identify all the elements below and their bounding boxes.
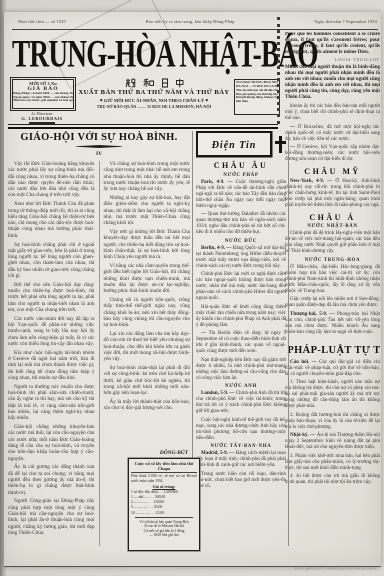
news-paragraph: Nạn thất-nghiệp bên Đức nay đã giảm bớt … <box>196 358 286 382</box>
article-paragraph: Chúng tôi là người bổn-quốc, trông thấy … <box>104 297 191 328</box>
article-paragraph: Vả chăng sự hoà-bình trong một nước cũng… <box>104 161 191 192</box>
subsection-header: NƯỚC TÂY-BAN-NHA <box>196 444 286 449</box>
dien-tin-title: Điện Tin <box>212 140 257 151</box>
article-paragraph: Ấy là mấy lời thành-thật của bổn-báo, xi… <box>104 399 191 412</box>
section-header: CHÂU ÂU <box>196 161 286 170</box>
masthead-subhead: MỖI SỐ 3 Xu GIÁ BÁO Đông-Pháp: cả năm 3$… <box>10 78 278 124</box>
article-paragraph: Ấy là cái gương các đấng thánh xưa đã để… <box>8 464 95 495</box>
news-paragraph: Câu hỏi. — Các quí độc-giả có điều chi t… <box>285 360 380 378</box>
article-paragraph: Vậy ước gì những lời Đức Thánh Cha khuyê… <box>104 229 191 260</box>
news-paragraph: Paris, 4-9. — Cuộc thương-nghị giữa Pháp… <box>196 180 286 210</box>
news-paragraph: khoản ấy thì các báo đều bàn-tán mỗi ngư… <box>285 104 380 122</box>
ornamental-border <box>277 17 280 124</box>
news-paragraph: Trong nước hiện còn rối loạn, dân-tình n… <box>196 472 286 490</box>
lottery-title: Cuộc xổ số lấy tiền làm nhà thờ Chapa <box>131 461 197 473</box>
article-signature: ĐỒNG-BÚT <box>100 449 190 457</box>
director-name: G. LEBOURDAIS <box>12 116 72 121</box>
french-quote: Pour que les hommes consentent à se croi… <box>285 32 380 56</box>
lottery-divider <box>135 517 193 518</box>
subsection-header: NƯỚC TRUNG-HOA <box>285 258 380 263</box>
article-paragraph: Lại xin các đấng làm cha mẹ hãy dạy-dỗ c… <box>104 331 191 362</box>
motto-line: ◆ GIỮ MỐI ĐỨC ÁI-NHÂN, NOI THEO CHÂN-LÝ … <box>78 98 230 103</box>
news-paragraph: New-York, 4-9. — Ở Hoa-kỳ, tình-hình chí… <box>285 179 380 209</box>
dien-tin-header-row: Điện Tin <box>196 131 286 157</box>
subsection-header: NƯỚC ANH <box>196 384 286 389</box>
article-paragraph: Ví bằng các nhà cầm-quyền trong thế-giới… <box>104 263 191 294</box>
article-paragraph: Người ta thường nói: muốn cho được hoà-b… <box>8 384 95 422</box>
lottery-note: — 0đ10 tiền gửi thơ <box>131 533 197 537</box>
article-paragraph: Bởi thế cho nên Giáo-hội dạy rằng: muốn … <box>8 282 95 313</box>
prize-row: 10 — — — . . . 25,00 <box>131 511 197 516</box>
subsection-header: NƯỚC NHẬT-BẢN <box>285 224 380 229</box>
chinese-characters-icon <box>124 78 184 88</box>
news-paragraph: 3. Phàm việc khế-ước mua bán, hai bên ph… <box>285 454 380 472</box>
lottery-prize-table: 1 số độc-đắc được . . 1.000$001 — nhì — … <box>131 490 197 516</box>
article-paragraph: Giáo-hội chẳng những khuyên-bảo các nước… <box>8 424 95 462</box>
article-paragraph: Người Công-giáo tại Đông-Pháp nầy cũng p… <box>8 498 95 536</box>
price-lines: Đông-Pháp: cả năm 3$00 — sáu tháng 1$60N… <box>13 92 73 103</box>
news-paragraph: Nhật-ký. — Án-lệ toà Thượng-thẩm Hà-nội … <box>285 433 380 451</box>
news-paragraph: Chính-phủ đã đệ trình Hạ-nghị-viện một b… <box>285 231 380 255</box>
article-paragraph: Sự hoà-bình chân-thật lại phải đi đôi vớ… <box>104 365 191 396</box>
article-paragraph: Các nước văn-minh đời nay đã lập ra hội … <box>8 316 95 347</box>
subsection-header: NƯỚC ĐỨC <box>196 239 286 244</box>
dateline-date: Ngày thứ năm 7 Septembre 1933 <box>314 19 377 24</box>
masthead-center: XUẤT BẢN THỨ BA THỨ NĂM VÀ THỨ BẢY ◆ GIỮ… <box>78 78 230 109</box>
news-paragraph: Giặc cướp lại nổi lên nhiều nơi ở Sơn-đô… <box>285 297 380 309</box>
price-line: Tiền báo trả trước, gửi mandat về báo qu… <box>13 99 73 103</box>
article-paragraph: Kìa như cuộc hội-nghị tài-binh nhóm ở Ge… <box>8 350 95 381</box>
news-paragraph: Madrid, 5-9. — Đảng cách-mệnh lại toan d… <box>196 451 286 469</box>
right-column-news: khoản ấy thì các báo đều bàn-tán mỗi ngư… <box>285 104 380 486</box>
article-paragraph: Xem như lời Đức Thánh Cha đã phán trong … <box>8 201 95 239</box>
diamond-icon: ◆ <box>100 98 103 102</box>
news-paragraph: — Ở Bruxelles, đã mở một hội-nghị tài-ch… <box>285 125 380 143</box>
news-paragraph: 1. Theo luật hiện-hành, người nào mắc nợ… <box>285 380 380 410</box>
masthead-rule <box>8 124 278 129</box>
section-header: CHÂU MỸ <box>285 167 380 176</box>
cross-icon <box>275 136 286 153</box>
headline-divider <box>76 145 122 148</box>
motto-text: GIỮ MỐI ĐỨC ÁI-NHÂN, NOI THEO CHÂN-LÝ <box>104 98 205 103</box>
lottery-prices-label: Giá số trúng: <box>131 484 197 489</box>
right-column: Pour que les hommes consentent à se croi… <box>285 32 380 546</box>
article-header: PHÁP-LUẬT TỰ TRỊ <box>287 344 377 356</box>
news-paragraph: — Ở Genève, hội Vạn-quốc sắp nhóm đại-hộ… <box>285 145 380 163</box>
news-paragraph: — Tin Berlin điện về rằng: từ ngày 5 Sep… <box>196 331 286 355</box>
dateline-center: Báo mỗi kỳ ra tám trang, bán khắp Đông-P… <box>146 19 235 24</box>
article-headline: GIÁO-HỘI VỚI SỰ HOÀ BÌNH. <box>8 132 190 143</box>
article-part-number: IV <box>8 151 190 157</box>
news-paragraph: 4. Ai bắt được của rơi mà giấu đi không … <box>285 474 380 486</box>
news-paragraph: Chính-phủ Đức lại mới ra nghị-định cấm c… <box>196 272 286 302</box>
quote-attribution: LOUIS VEUILLOT <box>285 58 380 62</box>
publication-schedule: XUẤT BẢN THỨ BA THỨ NĂM VÀ THỨ BẢY <box>78 89 230 96</box>
dateline: Năm thứ chín — số 1529 Báo mỗi kỳ ra tám… <box>18 19 377 24</box>
diamond-icon: ◆ <box>205 98 208 102</box>
lottery-ad: Cuộc xổ số lấy tiền làm nhà thờ Chapa Ph… <box>128 458 200 551</box>
news-paragraph: — Quan thủ-tướng Daladier đã nhóm các qu… <box>196 212 286 236</box>
dateline-issue: Năm thứ chín — số 1529 <box>18 19 66 24</box>
news-paragraph: Ở Mãn-châu, đại-biểu Hắc-long-giang đã n… <box>285 265 380 295</box>
news-paragraph: 2. Ruộng đất hương-hoả thì chẳng ai được… <box>285 413 380 431</box>
article-paragraph: Sự hoà-bình chẳng phải chỉ ở ngoài mặt g… <box>8 242 95 280</box>
dien-tin-header-box: Điện Tin <box>196 131 272 157</box>
news-paragraph: Berlin, 4-9. — Đảng Quốc-xã mở đại-hội t… <box>196 246 286 270</box>
newspaper-page: Năm thứ chín — số 1529 Báo mỗi kỳ ra tám… <box>0 0 384 576</box>
column-rule <box>288 131 289 546</box>
vietnamese-quote: Muốn cho mọi người thuận tin là bình-đẳn… <box>285 65 380 101</box>
gallica-watermark: Source gallica.bnf.fr / Bibliothèque nat… <box>293 567 376 571</box>
top-rule <box>12 29 378 30</box>
subsection-header: NƯỚC PHÁP <box>196 173 286 178</box>
dien-tin-column: Điện Tin CHÂU ÂUNƯỚC PHÁPParis, 4-9. — C… <box>196 131 286 546</box>
news-paragraph: Cuộc hội-nghị kinh-tế thế-giới tuy đã bế… <box>196 418 286 442</box>
office-address: TRỤ-SỞ BÁO-QUÁN —— 33 RUE DE LA MISSION,… <box>78 104 230 109</box>
price-box: MỖI SỐ 3 Xu GIÁ BÁO Đông-Pháp: cả năm 3$… <box>12 79 74 109</box>
info-line: bản thảo <box>236 100 278 104</box>
newspaper-title: TRUNG-HÒA NHẬT-BÁO <box>12 32 269 77</box>
lottery-footer: Vé số bán tại báo quán Trung-Hoà33 rue d… <box>131 520 197 538</box>
section-header: CHÂU Á <box>285 213 380 222</box>
chinese-title <box>78 78 230 88</box>
news-paragraph: London, 5-9. — Chính-phủ Anh đã trả lời … <box>196 391 286 415</box>
article-paragraph: Những ai hay gây sự bất-hoà, hay đặt điề… <box>104 195 191 226</box>
newspaper-sheet: Năm thứ chín — số 1529 Báo mỗi kỳ ra tám… <box>4 12 381 567</box>
dien-tin-news: CHÂU ÂUNƯỚC PHÁPParis, 4-9. — Cuộc thươn… <box>196 161 286 490</box>
article-paragraph: Vậy thì Đức Giáo-hoàng hằng khuyên các n… <box>8 161 95 199</box>
lottery-intro: Phát hành 5.000 vé, sẽ mở xổ tại Hà-nội … <box>131 474 197 483</box>
director-block: Le Directeur G. LEBOURDAIS <box>12 111 72 124</box>
news-paragraph: Hải-quân Đức sẽ khởi công đóng thêm mấy … <box>196 305 286 329</box>
news-paragraph: Thượng-hải, 5-9. — Phong-trào bài Nhật v… <box>285 312 380 336</box>
info-box: TÒA BÁO TRUNG-HOÀ NHẬT-BÁOHÀ-NỘI — 33 RU… <box>234 79 280 115</box>
